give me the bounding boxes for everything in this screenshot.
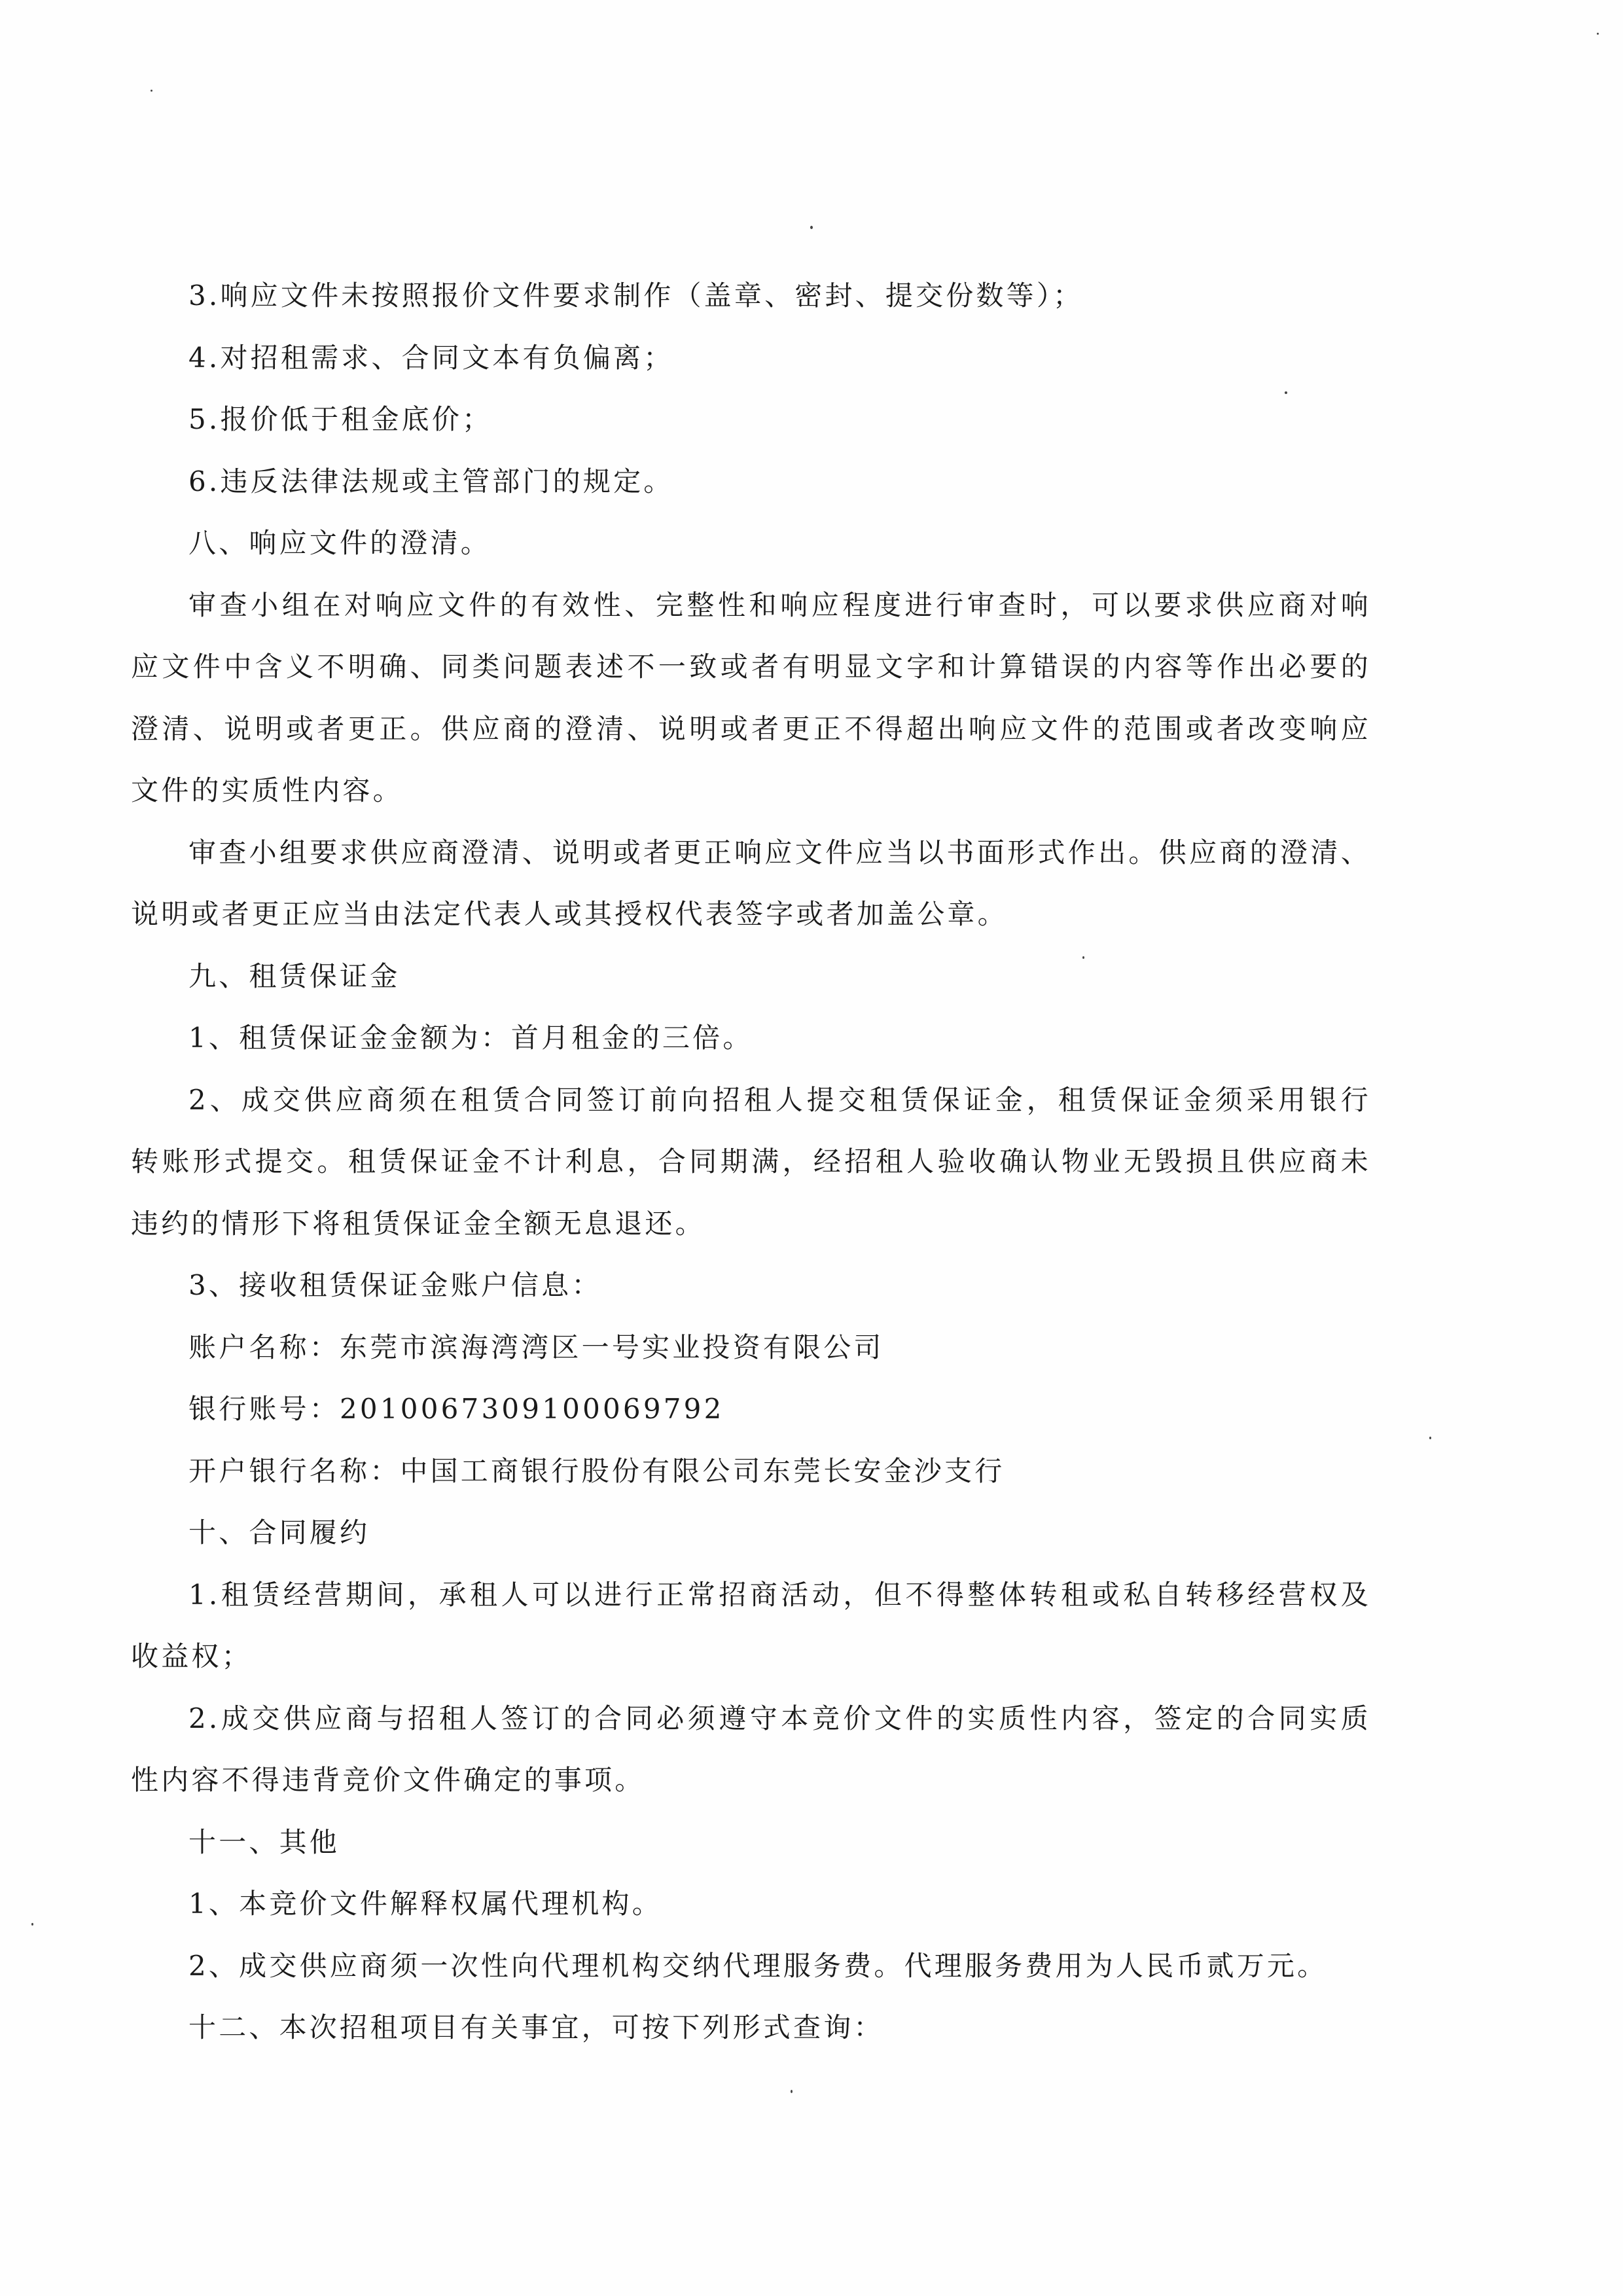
paragraph-line: 文件的实质性内容。	[131, 760, 1371, 822]
scan-speck	[1597, 33, 1599, 35]
bank-name-label: 开户银行名称：	[188, 1455, 400, 1487]
paragraph-line: 审查小组要求供应商澄清、说明或者更正响应文件应当以书面形式作出。供应商的澄清、	[131, 822, 1371, 884]
paragraph-line: 收益权；	[131, 1626, 1371, 1688]
scan-speck	[31, 1923, 33, 1926]
account-number-value: 2010067309100069792	[340, 1393, 724, 1425]
list-item: 1、租赁保证金金额为：首月租金的三倍。	[131, 1007, 1371, 1069]
paragraph-line: 性内容不得违背竞价文件确定的事项。	[131, 1749, 1371, 1812]
section-heading: 十、合同履约	[131, 1502, 1371, 1564]
list-item: 6.违反法律法规或主管部门的规定。	[131, 451, 1371, 513]
account-number-row: 银行账号：2010067309100069792	[131, 1378, 1371, 1441]
paragraph-line: 审查小组在对响应文件的有效性、完整性和响应程度进行审查时，可以要求供应商对响	[131, 575, 1371, 637]
section-heading: 十二、本次招租项目有关事宜，可按下列形式查询：	[131, 1997, 1371, 2059]
list-item: 1、本竞价文件解释权属代理机构。	[131, 1873, 1371, 1935]
list-item: 3.响应文件未按照报价文件要求制作（盖章、密封、提交份数等）；	[131, 265, 1371, 327]
paragraph-line: 1.租赁经营期间，承租人可以进行正常招商活动，但不得整体转租或私自转移经营权及	[131, 1564, 1371, 1626]
scan-speck	[1429, 1437, 1431, 1439]
paragraph-line: 应文件中含义不明确、同类问题表述不一致或者有明显文字和计算错误的内容等作出必要的	[131, 636, 1371, 698]
document-body: 3.响应文件未按照报价文件要求制作（盖章、密封、提交份数等）； 4.对招租需求、…	[131, 265, 1371, 2059]
section-heading: 十一、其他	[131, 1812, 1371, 1874]
list-item: 4.对招租需求、合同文本有负偏离；	[131, 327, 1371, 389]
list-item: 5.报价低于租金底价；	[131, 389, 1371, 451]
scanned-page: 3.响应文件未按照报价文件要求制作（盖章、密封、提交份数等）； 4.对招租需求、…	[0, 0, 1623, 2296]
scan-speck	[791, 2090, 793, 2093]
account-name-value: 东莞市滨海湾湾区一号实业投资有限公司	[340, 1331, 884, 1363]
list-item: 3、接收租赁保证金账户信息：	[131, 1255, 1371, 1317]
account-number-label: 银行账号：	[188, 1393, 340, 1425]
bank-name-value: 中国工商银行股份有限公司东莞长安金沙支行	[400, 1455, 1005, 1487]
paragraph-line: 2、成交供应商须在租赁合同签订前向招租人提交租赁保证金，租赁保证金须采用银行	[131, 1069, 1371, 1132]
section-heading: 九、租赁保证金	[131, 946, 1371, 1008]
scan-speck	[151, 90, 152, 92]
account-name-row: 账户名称：东莞市滨海湾湾区一号实业投资有限公司	[131, 1317, 1371, 1379]
paragraph-line: 澄清、说明或者更正。供应商的澄清、说明或者更正不得超出响应文件的范围或者改变响应	[131, 698, 1371, 761]
paragraph-line: 转账形式提交。租赁保证金不计利息，合同期满，经招租人验收确认物业无毁损且供应商未	[131, 1131, 1371, 1193]
paragraph-line: 说明或者更正应当由法定代表人或其授权代表签字或者加盖公章。	[131, 884, 1371, 946]
bank-name-row: 开户银行名称：中国工商银行股份有限公司东莞长安金沙支行	[131, 1441, 1371, 1503]
list-item: 2、成交供应商须一次性向代理机构交纳代理服务费。代理服务费用为人民币贰万元。	[131, 1935, 1371, 1998]
paragraph-line: 违约的情形下将租赁保证金全额无息退还。	[131, 1193, 1371, 1255]
scan-speck	[810, 226, 813, 229]
section-heading: 八、响应文件的澄清。	[131, 512, 1371, 575]
account-name-label: 账户名称：	[188, 1331, 340, 1363]
paragraph-line: 2.成交供应商与招租人签订的合同必须遵守本竞价文件的实质性内容，签定的合同实质	[131, 1688, 1371, 1750]
